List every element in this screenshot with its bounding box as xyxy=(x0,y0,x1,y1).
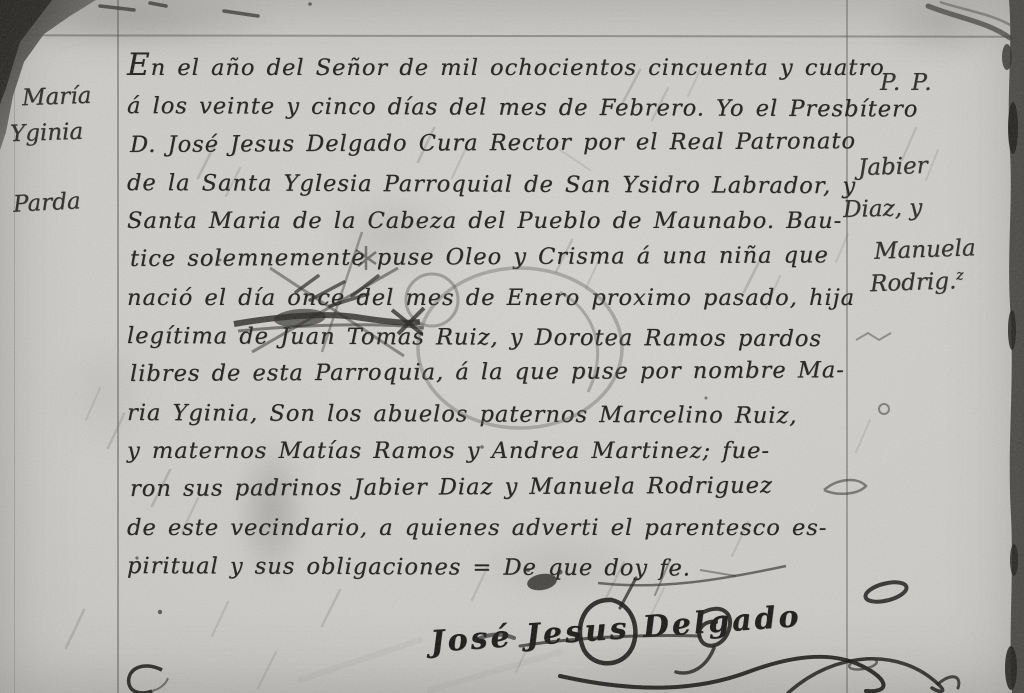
priest-signature: José Jesus Delgado xyxy=(429,599,802,660)
record-line: ron sus padrinos Jabier Diaz y Manuela R… xyxy=(130,466,872,508)
top-edge-stain xyxy=(0,0,290,52)
record-line: nació el día once del mes de Enero proxi… xyxy=(127,279,869,317)
margin-name-line: Yginia xyxy=(10,119,84,148)
surname-abbrev: Rodrig. xyxy=(870,268,957,297)
record-line: piritual y sus obligaciones = De que doy… xyxy=(127,547,869,589)
margin-godparents-abbr: P. P. xyxy=(880,70,934,96)
margin-godparent-line: Manuela xyxy=(874,235,976,265)
margin-name-line: Parda xyxy=(12,188,81,218)
page-edge-right xyxy=(1005,0,1024,693)
margin-godparent-line: Jabier xyxy=(858,153,928,181)
page-fold-line xyxy=(14,78,15,693)
surname-superscript: z xyxy=(956,267,964,283)
top-ruled-line xyxy=(10,34,1012,37)
record-line: y maternos Matías Ramos y Andrea Martine… xyxy=(127,432,869,470)
scanned-baptismal-record-page: María Yginia Parda En el año del Señor d… xyxy=(0,0,1024,693)
record-line: En el año del Señor de mil ochocientos c… xyxy=(127,46,869,87)
margin-godparent-line: Diaz, y xyxy=(843,195,923,223)
margin-godparent-line: Rodrig.z xyxy=(870,267,965,297)
record-line: tice solemnemente puse Oleo y Crisma á u… xyxy=(130,237,872,279)
record-text: En el año del Señor de mil ochocientos c… xyxy=(127,46,869,585)
record-line: Santa Maria de la Cabeza del Pueblo de M… xyxy=(127,202,869,240)
record-line: de este vecindario, a quienes adverti el… xyxy=(127,509,869,547)
margin-name-line: María xyxy=(22,83,92,111)
record-line: D. José Jesus Delgado Cura Rector por el… xyxy=(130,122,872,164)
next-entry-initial xyxy=(129,666,168,693)
top-right-stain xyxy=(872,0,1012,60)
left-margin-rule xyxy=(117,0,119,693)
record-line: libres de esta Parroquia, á la que puse … xyxy=(130,351,872,393)
record-line: ria Yginia, Son los abuelos paternos Mar… xyxy=(127,394,869,436)
record-line: de la Santa Yglesia Parroquial de San Ys… xyxy=(127,164,869,206)
